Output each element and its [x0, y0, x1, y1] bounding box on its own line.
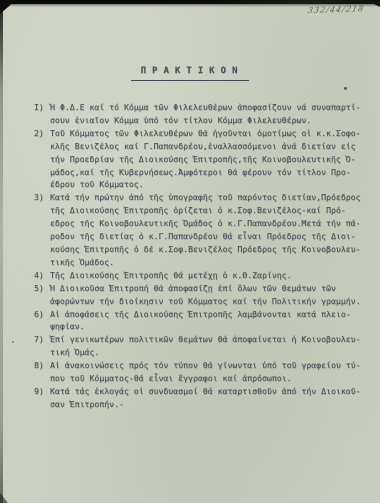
item-text: Ἐπί γενικωτέρων πολιτικῶν θεμάτων θά ἀπο… [50, 333, 366, 359]
scanned-document-page: 332/44/218 ΠΡΑΚΤΙΚΟΝ Ι) Ἡ Φ.Δ.Ε καί τό Κ… [0, 0, 380, 503]
item-number: Ι) [34, 101, 50, 114]
item-text: Κατά τήν πρώτην ἀπό τῆς ὑπογραφῆς τοῦ πα… [50, 191, 366, 268]
list-item-3: 3) Κατά τήν πρώτην ἀπό τῆς ὑπογραφῆς τοῦ… [34, 191, 366, 268]
list-item-1: Ι) Ἡ Φ.Δ.Ε καί τό Κόμμα τῶν Φιλελευθέρων… [34, 101, 366, 127]
item-number: 9) [34, 385, 50, 398]
ink-speck [12, 341, 14, 343]
document-title: ΠΡΑΚΤΙΚΟΝ [131, 66, 250, 81]
item-text: Κατά τάς ἐκλογάς οἱ συνδυασμοί θά καταρτ… [50, 385, 366, 411]
item-number: 4) [34, 269, 50, 282]
item-number: 6) [34, 308, 50, 321]
list-item-7: 7) Ἐπί γενικωτέρων πολιτικῶν θεμάτων θά … [34, 333, 366, 359]
item-number: 2) [34, 127, 50, 140]
list-item-4: 4) Τῆς Διοικούσης Ἐπιτροπῆς θά μετέχῃ ὁ … [34, 269, 366, 282]
list-item-8: 8) Αἱ ἀνακοινώσεις πρός τόν τύπον θά γίν… [34, 359, 366, 385]
item-text: Ἡ Φ.Δ.Ε καί τό Κόμμα τῶν Φιλελευθέρων ἀπ… [50, 101, 366, 127]
scan-edge-left [0, 0, 3, 503]
ink-speck [344, 87, 347, 90]
list-item-5: 5) Ἡ Διοικοῦσα Ἐπιτροπή θά ἀποφασίζῃ ἐπί… [34, 282, 366, 308]
scan-corner-bottom-left [0, 493, 8, 503]
item-text: Ἡ Διοικοῦσα Ἐπιτροπή θά ἀποφασίζῃ ἐπί ὅλ… [50, 282, 366, 308]
item-number: 8) [34, 359, 50, 372]
item-text: Αἱ ἀποφάσεις τῆς Διοικούσης Ἐπιτροπῆς λα… [50, 308, 366, 334]
item-text: Τῆς Διοικούσης Ἐπιτροπῆς θά μετέχῃ ὁ κ.Θ… [50, 269, 366, 282]
list-item-6: 6) Αἱ ἀποφάσεις τῆς Διοικούσης Ἐπιτροπῆς… [34, 308, 366, 334]
list-item-9: 9) Κατά τάς ἐκλογάς οἱ συνδυασμοί θά κατ… [34, 385, 366, 411]
item-number: 7) [34, 333, 50, 346]
list-item-2: 2) Τοῦ Κόμματος τῶν Φιλελευθέρων θά ἡγοῦ… [34, 127, 366, 192]
document-body: Ι) Ἡ Φ.Δ.Ε καί τό Κόμμα τῶν Φιλελευθέρων… [0, 101, 380, 411]
item-number: 5) [34, 282, 50, 295]
item-text: Τοῦ Κόμματος τῶν Φιλελευθέρων θά ἡγοῦντα… [50, 127, 366, 192]
item-number: 3) [34, 191, 50, 204]
item-text: Αἱ ἀνακοινώσεις πρός τόν τύπον θά γίνωντ… [50, 359, 366, 385]
